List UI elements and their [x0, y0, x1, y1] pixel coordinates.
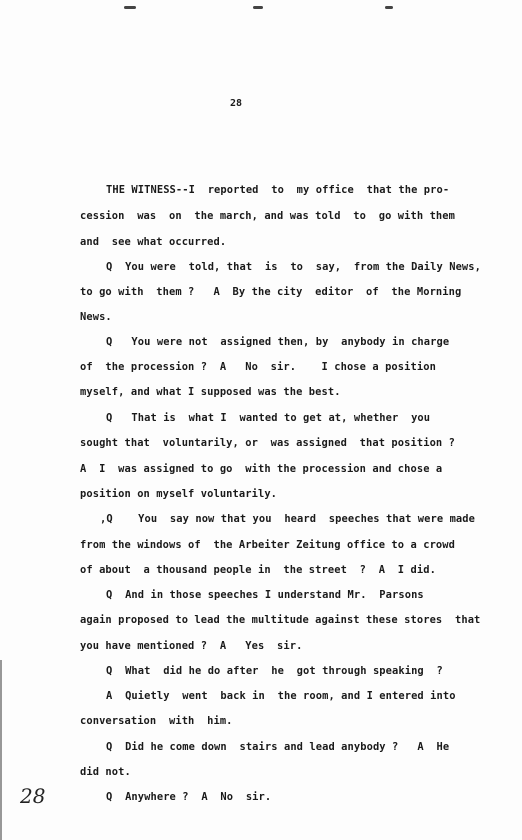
text-line: and see what occurred.	[80, 236, 226, 248]
text-line: A Quietly went back in the room, and I e…	[106, 690, 456, 702]
text-line: of about a thousand people in the street…	[80, 564, 436, 576]
page-number: 28	[230, 98, 242, 109]
page-edge-shadow	[0, 660, 2, 840]
handwritten-page-number: 28	[20, 784, 45, 808]
text-line: myself, and what I supposed was the best…	[80, 386, 341, 398]
text-line: again proposed to lead the multitude aga…	[80, 614, 480, 626]
text-line: Q That is what I wanted to get at, wheth…	[106, 412, 430, 424]
text-line: from the windows of the Arbeiter Zeitung…	[80, 539, 455, 551]
text-line: Q What did he do after he got through sp…	[106, 665, 443, 677]
text-line: Q You were not assigned then, by anybody…	[106, 336, 449, 348]
text-line: ,Q You say now that you heard speeches t…	[100, 513, 475, 525]
text-line: Q Anywhere ? A No sir.	[106, 791, 271, 803]
text-line: of the procession ? A No sir. I chose a …	[80, 361, 436, 373]
top-scan-mark	[253, 6, 263, 9]
text-line: cession was on the march, and was told t…	[80, 210, 455, 222]
text-line: THE WITNESS--I reported to my office tha…	[106, 184, 449, 196]
text-line: you have mentioned ? A Yes sir.	[80, 640, 302, 652]
top-scan-mark	[385, 6, 393, 9]
text-line: Q You were told, that is to say, from th…	[106, 261, 481, 273]
document-page: 28 THE WITNESS--I reported to my office …	[0, 0, 522, 840]
text-line: did not.	[80, 766, 131, 778]
text-line: Q And in those speeches I understand Mr.…	[106, 589, 424, 601]
text-line: conversation with him.	[80, 715, 233, 727]
text-line: Q Did he come down stairs and lead anybo…	[106, 741, 449, 753]
top-scan-mark	[124, 6, 136, 9]
text-line: sought that voluntarily, or was assigned…	[80, 437, 455, 449]
text-line: A I was assigned to go with the processi…	[80, 463, 442, 475]
text-line: to go with them ? A By the city editor o…	[80, 286, 461, 298]
text-line: News.	[80, 311, 112, 323]
text-line: position on myself voluntarily.	[80, 488, 277, 500]
